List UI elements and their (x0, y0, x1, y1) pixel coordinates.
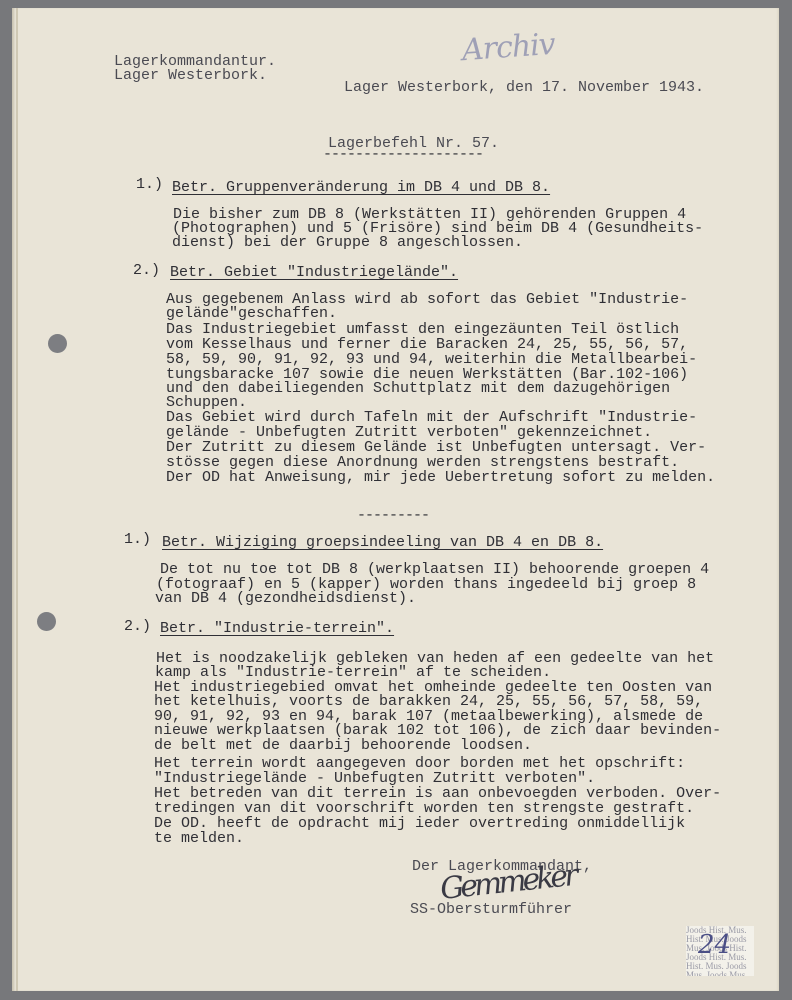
body-line: van DB 4 (gezondheidsdienst). (155, 591, 416, 606)
stamp-handwritten-number: 24 (698, 932, 731, 958)
section-nl-1-subject: Betr. Wijziging groepsindeeling van DB 4… (162, 535, 603, 550)
body-line: kamp als "Industrie-terrein" af te schei… (155, 665, 551, 680)
stamp-line: Mus. Joods Mus. (686, 971, 754, 976)
body-line: gelände"geschaffen. (166, 306, 337, 321)
body-line: De tot nu toe tot DB 8 (werkplaatsen II)… (160, 562, 709, 577)
body-line: Das Gebiet wird durch Tafeln mit der Auf… (166, 410, 697, 425)
body-line: Het terrein wordt aangegeven door borden… (154, 756, 685, 771)
punch-hole-top (48, 334, 67, 353)
place-date: Lager Westerbork, den 17. November 1943. (344, 80, 704, 95)
signer-rank: SS-Obersturmführer (410, 902, 572, 917)
body-line: dienst) bei der Gruppe 8 angeschlossen. (172, 235, 523, 250)
body-line: "Industriegelände - Unbefugten Zutritt v… (154, 771, 595, 786)
section-de-2-number: 2.) (133, 263, 160, 278)
body-line: vom Kesselhaus und ferner die Baracken 2… (166, 337, 688, 352)
body-line: De OD. heeft de opdracht mij ieder overt… (154, 816, 685, 831)
body-line: Het betreden van dit terrein is aan onbe… (154, 786, 721, 801)
punch-hole-bottom (37, 612, 56, 631)
body-line: stösse gegen diese Anordnung werden stre… (166, 455, 679, 470)
body-line: de belt met de daarbij behoorende loodse… (154, 738, 532, 753)
section-nl-2-subject: Betr. "Industrie-terrein". (160, 621, 394, 636)
body-line: Schuppen. (166, 395, 247, 410)
body-line: tredingen van dit voorschrift worden ten… (154, 801, 694, 816)
title-underline: -------------------- (323, 146, 483, 163)
section-separator: --------- (357, 507, 429, 524)
body-line: te melden. (154, 831, 244, 846)
pencil-annotation: Archiv (461, 27, 556, 68)
section-de-1-number: 1.) (136, 177, 163, 192)
body-line: Der Zutritt zu diesem Gelände ist Unbefu… (166, 440, 706, 455)
section-nl-2-number: 2.) (124, 619, 151, 634)
body-line: Der OD hat Anweisung, mir jede Uebertret… (166, 470, 715, 485)
sender-line-2: Lager Westerbork. (114, 68, 267, 83)
body-line: gelände - Unbefugten Zutritt verboten" g… (166, 425, 652, 440)
body-line: het ketelhuis, voorts de barakken 24, 25… (154, 694, 703, 709)
body-line: 58, 59, 90, 91, 92, 93 und 94, weiterhin… (166, 352, 697, 367)
section-nl-1-number: 1.) (124, 532, 151, 547)
section-de-2-subject: Betr. Gebiet "Industriegelände". (170, 265, 458, 280)
archive-stamp: Joods Hist. Mus. Hist. Mus. Joods Mus. J… (686, 926, 754, 976)
section-de-1-subject: Betr. Gruppenveränderung im DB 4 und DB … (172, 180, 550, 195)
body-line: nieuwe werkplaatsen (barak 102 tot 106),… (154, 723, 721, 738)
body-line: Das Industriegebiet umfasst den eingezäu… (166, 322, 679, 337)
